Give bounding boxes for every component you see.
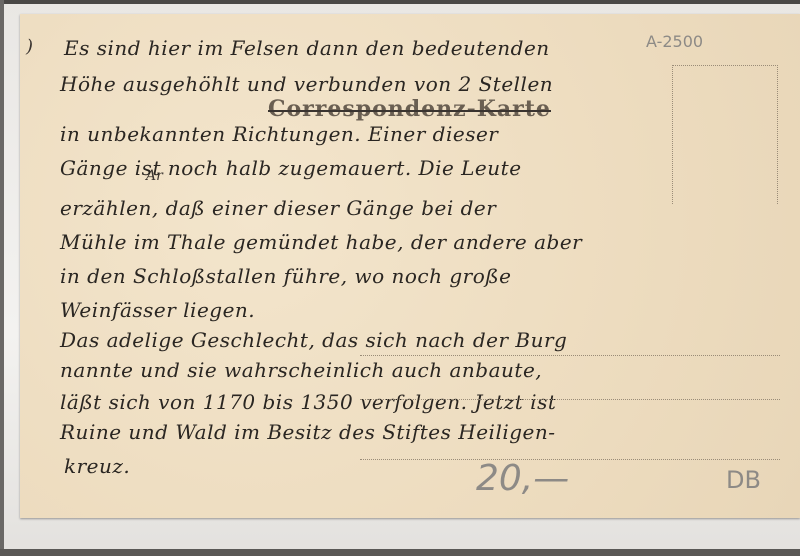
header-strikethrough: [268, 110, 551, 112]
printed-header: Correspondenz-Karte: [268, 96, 551, 122]
handwritten-line: Ruine und Wald im Besitz des Stiftes Hei…: [60, 420, 556, 444]
handwritten-line: in den Schloßstallen führe, wo noch groß…: [60, 264, 511, 288]
handwritten-line: Gänge ist noch halb zugemauert. Die Leut…: [60, 156, 522, 180]
frame-edge-top: [0, 0, 800, 4]
handwritten-line: Das adelige Geschlecht, das sich nach de…: [60, 328, 567, 352]
handwritten-line: Es sind hier im Felsen dann den bedeuten…: [64, 36, 550, 60]
address-line: [360, 459, 780, 460]
handwritten-line: in unbekannten Richtungen. Einer dieser: [60, 122, 498, 146]
handwritten-line: Höhe ausgehöhlt und verbunden von 2 Stel…: [60, 72, 553, 96]
pencil-catalog-number: A-2500: [646, 32, 703, 51]
stamp-area-outline: [672, 65, 778, 204]
handwritten-line: Mühle im Thale gemündet habe, der andere…: [60, 230, 582, 254]
pencil-price: 20,—: [476, 458, 569, 499]
handwritten-line: läßt sich von 1170 bis 1350 verfolgen. J…: [60, 390, 556, 414]
address-line: [360, 399, 780, 400]
scan-background: Correspondenz-Karte ) Ar Es sind hier im…: [0, 0, 800, 556]
postcard: Correspondenz-Karte ) Ar Es sind hier im…: [20, 14, 800, 518]
address-line: [360, 355, 780, 356]
handwritten-line: erzählen, daß einer dieser Gänge bei der: [60, 196, 496, 220]
handwritten-line: kreuz.: [64, 454, 130, 478]
pencil-initials: DB: [726, 466, 761, 494]
frame-edge-bottom: [0, 549, 800, 556]
frame-edge-left: [0, 0, 4, 556]
handwritten-line: nannte und sie wahrscheinlich auch anbau…: [60, 358, 542, 382]
handwritten-line: Weinfässer liegen.: [60, 298, 255, 322]
margin-mark: ): [26, 36, 33, 57]
